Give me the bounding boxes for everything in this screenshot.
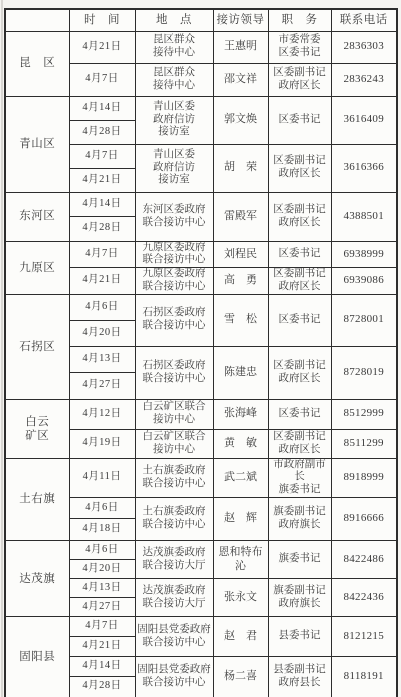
position-cell: 区委书记 (268, 241, 331, 268)
position-cell: 区委副书记 政府区长 (268, 63, 331, 96)
location-cell: 青山区委 政府信访 接访室 (135, 96, 213, 144)
phone-cell: 8121215 (331, 617, 397, 657)
phone-cell: 3616409 (331, 96, 397, 144)
leader-cell: 王惠明 (213, 31, 268, 63)
leader-cell: 雷殿军 (213, 192, 268, 241)
date-cell: 4月20日 (69, 320, 135, 346)
date-cell: 4月20日 (69, 560, 135, 579)
location-cell: 石拐区委政府 联合接访中心 (135, 294, 213, 346)
location-cell: 青山区委 政府信访 接访室 (135, 144, 213, 192)
phone-cell: 8916666 (331, 498, 397, 541)
position-cell: 县委书记 (268, 617, 331, 657)
location-cell: 昆区群众 接待中心 (135, 63, 213, 96)
date-cell: 4月18日 (69, 519, 135, 541)
table-row: 青山区4月14日青山区委 政府信访 接访室郭文焕区委书记3616409 (5, 96, 397, 120)
reception-schedule-table: 时 间 地 点 接访领导 职 务 联系电话 昆 区4月21日昆区群众 接待中心王… (4, 8, 398, 697)
date-cell: 4月21日 (69, 168, 135, 192)
location-cell: 石拐区委政府 联合接访中心 (135, 346, 213, 399)
date-cell: 4月21日 (69, 268, 135, 295)
position-cell: 区委副书记 政府区长 (268, 268, 331, 295)
phone-cell: 6939086 (331, 268, 397, 295)
position-cell: 县委副书记 政府县长 (268, 657, 331, 697)
table-row: 固阳县4月7日固阳县党委政府 联合接访中心赵 君县委书记8121215 (5, 617, 397, 637)
date-cell: 4月14日 (69, 96, 135, 120)
location-cell: 九原区委政府 联合接访中心 (135, 241, 213, 268)
date-cell: 4月14日 (69, 192, 135, 216)
leader-cell: 雪 松 (213, 294, 268, 346)
date-cell: 4月27日 (69, 372, 135, 399)
date-cell: 4月14日 (69, 657, 135, 677)
column-header-position: 职 务 (268, 9, 331, 31)
date-cell: 4月7日 (69, 617, 135, 637)
date-cell: 4月21日 (69, 637, 135, 657)
district-cell: 青山区 (5, 96, 69, 192)
leader-cell: 高 勇 (213, 268, 268, 295)
leader-cell: 张永文 (213, 579, 268, 617)
position-cell: 市政府副市长 旗委书记 (268, 458, 331, 497)
leader-cell: 杨二喜 (213, 657, 268, 697)
position-cell: 区委书记 (268, 96, 331, 144)
leader-cell: 赵 辉 (213, 498, 268, 541)
phone-cell: 8422436 (331, 579, 397, 617)
date-cell: 4月6日 (69, 294, 135, 320)
location-cell: 土右旗委政府 联合接访中心 (135, 498, 213, 541)
leader-cell: 刘程民 (213, 241, 268, 268)
district-cell: 土右旗 (5, 458, 69, 540)
district-cell: 固阳县 (5, 617, 69, 697)
table-row: 东河区4月14日东河区委政府 联合接访中心雷殿军区委副书记 政府区长438850… (5, 192, 397, 216)
column-header-time: 时 间 (69, 9, 135, 31)
table-row: 达茂旗4月6日达茂旗委政府 联合接访大厅恩和特布沁旗委书记8422486 (5, 541, 397, 560)
date-cell: 4月6日 (69, 541, 135, 560)
district-cell: 白云 矿区 (5, 399, 69, 458)
position-cell: 区委副书记 政府区长 (268, 192, 331, 241)
leader-cell: 赵 君 (213, 617, 268, 657)
district-cell: 九原区 (5, 241, 69, 294)
phone-cell: 8512999 (331, 399, 397, 429)
district-cell: 达茂旗 (5, 541, 69, 617)
date-cell: 4月6日 (69, 498, 135, 519)
date-cell: 4月11日 (69, 458, 135, 497)
phone-cell: 8511299 (331, 429, 397, 458)
position-cell: 旗委副书记 政府旗长 (268, 498, 331, 541)
date-cell: 4月7日 (69, 144, 135, 168)
date-cell: 4月28日 (69, 120, 135, 144)
position-cell: 区委副书记 政府区长 (268, 346, 331, 399)
leader-cell: 郭文焕 (213, 96, 268, 144)
phone-cell: 8422486 (331, 541, 397, 579)
date-cell: 4月7日 (69, 241, 135, 268)
position-cell: 旗委书记 (268, 541, 331, 579)
table-row: 九原区4月7日九原区委政府 联合接访中心刘程民区委书记6938999 (5, 241, 397, 268)
phone-cell: 3616366 (331, 144, 397, 192)
phone-cell: 8728019 (331, 346, 397, 399)
date-cell: 4月28日 (69, 677, 135, 697)
leader-cell: 武二斌 (213, 458, 268, 497)
phone-cell: 8118191 (331, 657, 397, 697)
position-cell: 市委常委 区委书记 (268, 31, 331, 63)
location-cell: 固阳县党委政府 联合接访中心 (135, 657, 213, 697)
corner-cell (5, 9, 69, 31)
date-cell: 4月7日 (69, 63, 135, 96)
phone-cell: 8918999 (331, 458, 397, 497)
position-cell: 区委副书记 政府区长 (268, 429, 331, 458)
district-cell: 东河区 (5, 192, 69, 241)
location-cell: 昆区群众 接待中心 (135, 31, 213, 63)
location-cell: 白云矿区联合 接访中心 (135, 429, 213, 458)
position-cell: 区委副书记 政府区长 (268, 144, 331, 192)
location-cell: 九原区委政府 联合接访中心 (135, 268, 213, 295)
location-cell: 达茂旗委政府 联合接访大厅 (135, 541, 213, 579)
table-row: 昆 区4月21日昆区群众 接待中心王惠明市委常委 区委书记2836303 (5, 31, 397, 63)
leader-cell: 陈建忠 (213, 346, 268, 399)
page-left-edge-line (1, 0, 3, 697)
position-cell: 旗委副书记 政府旗长 (268, 579, 331, 617)
position-cell: 区委书记 (268, 399, 331, 429)
phone-cell: 6938999 (331, 241, 397, 268)
district-cell: 昆 区 (5, 31, 69, 96)
phone-cell: 2836243 (331, 63, 397, 96)
location-cell: 白云矿区联合 接访中心 (135, 399, 213, 429)
leader-cell: 黄 敏 (213, 429, 268, 458)
location-cell: 土右旗委政府 联合接访中心 (135, 458, 213, 497)
leader-cell: 张海峰 (213, 399, 268, 429)
table-row: 白云 矿区4月12日白云矿区联合 接访中心张海峰区委书记8512999 (5, 399, 397, 429)
date-cell: 4月12日 (69, 399, 135, 429)
date-cell: 4月21日 (69, 31, 135, 63)
date-cell: 4月13日 (69, 579, 135, 598)
date-cell: 4月13日 (69, 346, 135, 372)
table-row: 石拐区4月6日石拐区委政府 联合接访中心雪 松区委书记8728001 (5, 294, 397, 320)
date-cell: 4月27日 (69, 598, 135, 617)
district-cell: 石拐区 (5, 294, 69, 399)
leader-cell: 恩和特布沁 (213, 541, 268, 579)
date-cell: 4月28日 (69, 216, 135, 241)
column-header-leader: 接访领导 (213, 9, 268, 31)
table-body: 昆 区4月21日昆区群众 接待中心王惠明市委常委 区委书记28363034月7日… (5, 31, 397, 697)
header-row: 时 间 地 点 接访领导 职 务 联系电话 (5, 9, 397, 31)
location-cell: 达茂旗委政府 联合接访大厅 (135, 579, 213, 617)
date-cell: 4月19日 (69, 429, 135, 458)
column-header-phone: 联系电话 (331, 9, 397, 31)
column-header-location: 地 点 (135, 9, 213, 31)
table-row: 土右旗4月11日土右旗委政府 联合接访中心武二斌市政府副市长 旗委书记89189… (5, 458, 397, 497)
leader-cell: 胡 荣 (213, 144, 268, 192)
location-cell: 东河区委政府 联合接访中心 (135, 192, 213, 241)
phone-cell: 2836303 (331, 31, 397, 63)
position-cell: 区委书记 (268, 294, 331, 346)
location-cell: 固阳县党委政府 联合接访中心 (135, 617, 213, 657)
leader-cell: 邵文祥 (213, 63, 268, 96)
phone-cell: 8728001 (331, 294, 397, 346)
phone-cell: 4388501 (331, 192, 397, 241)
